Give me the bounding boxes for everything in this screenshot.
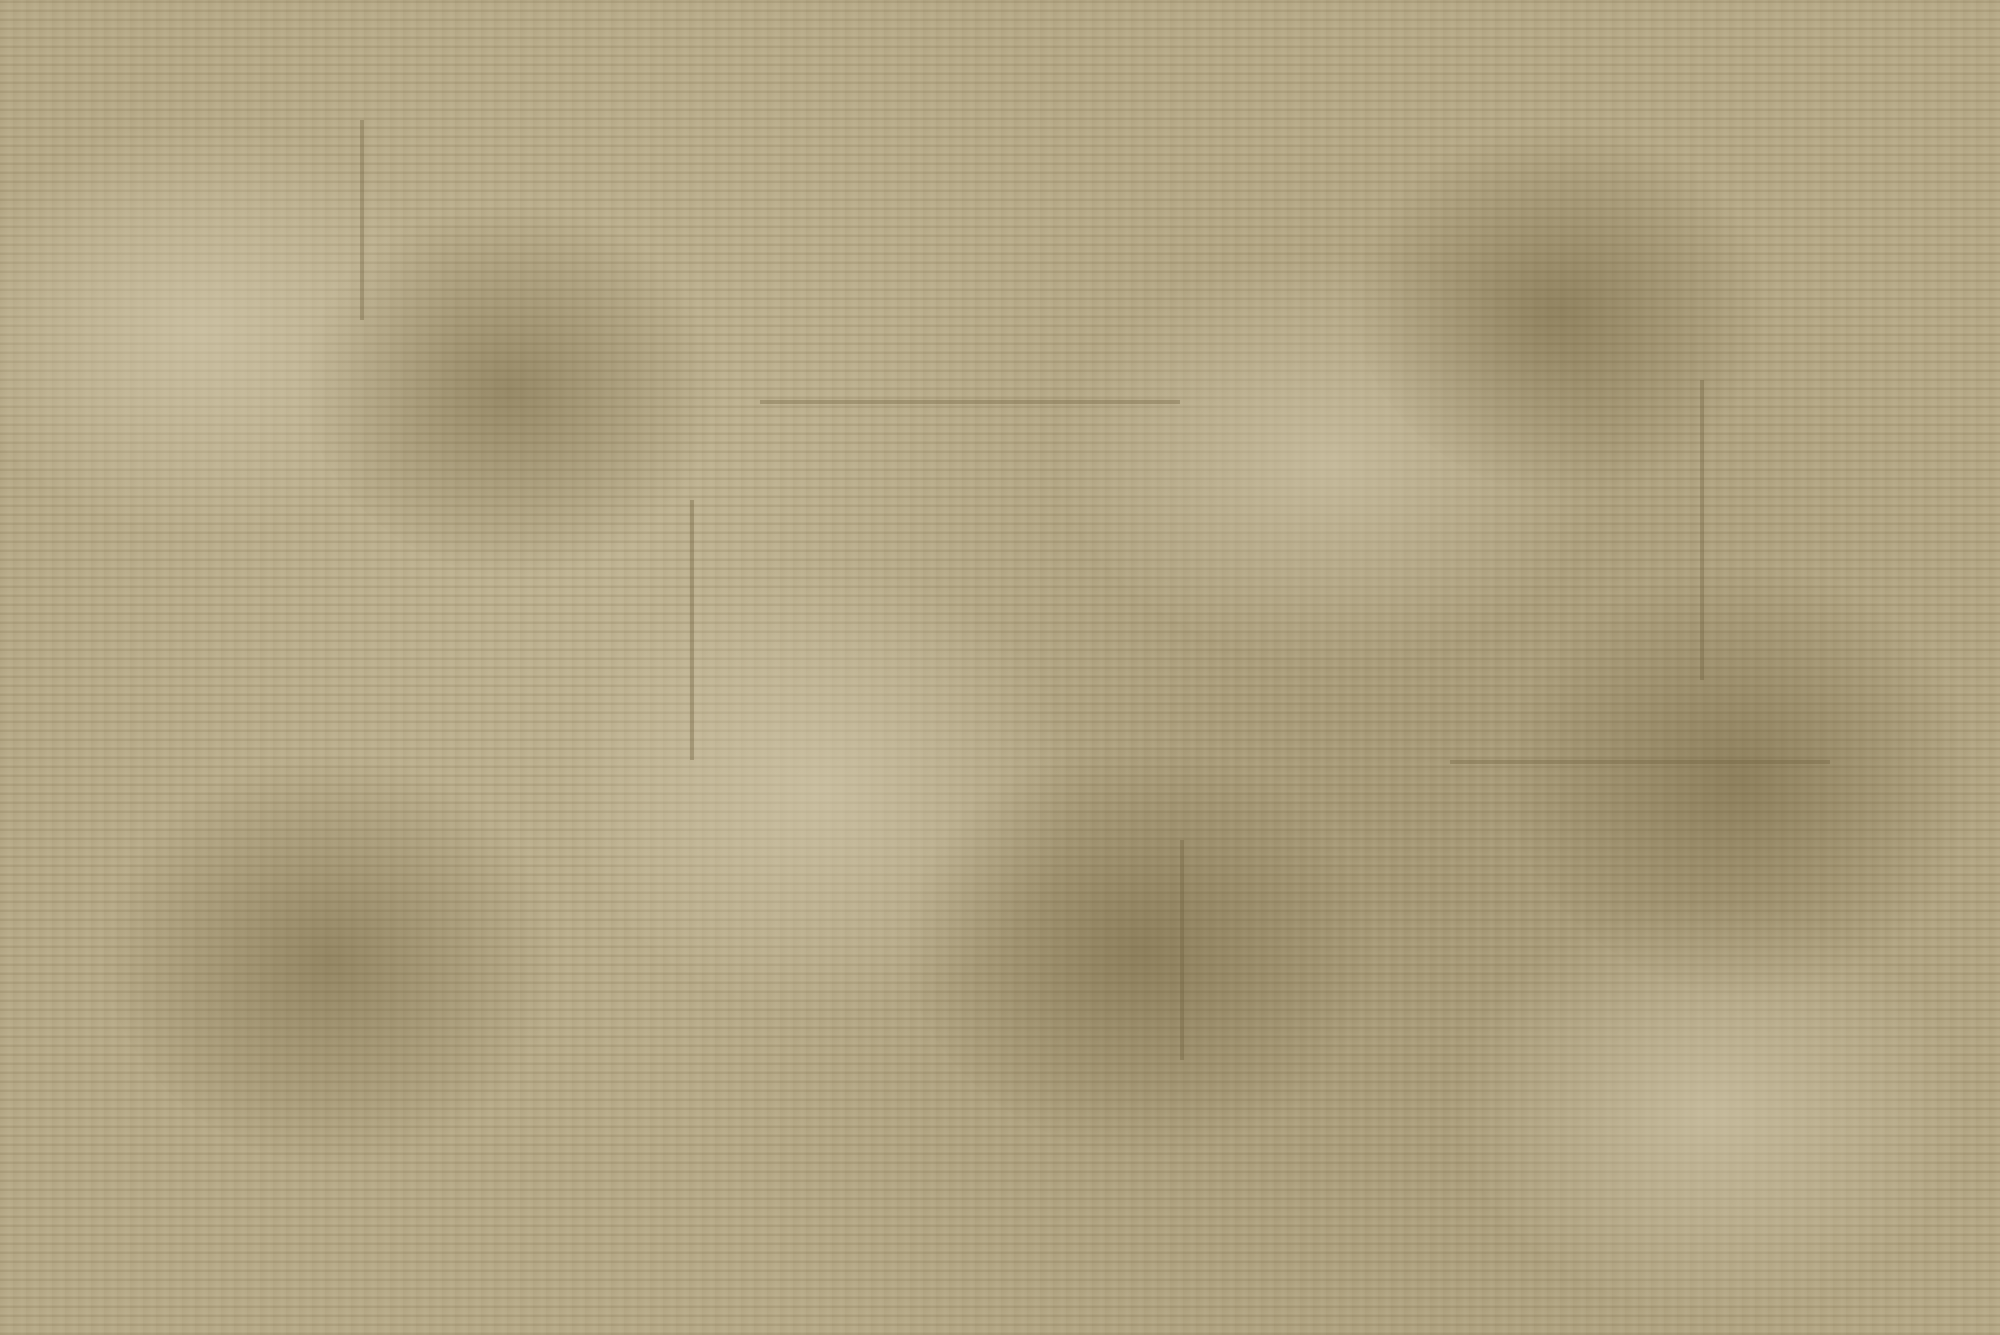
pattern-groove <box>1180 840 1184 1060</box>
pattern-groove <box>360 120 364 320</box>
dark-pile-patch <box>100 750 560 1170</box>
pattern-groove <box>760 400 1180 404</box>
carpet-texture-photo <box>0 0 2000 1335</box>
pattern-groove <box>1450 760 1830 764</box>
pattern-groove <box>690 500 694 760</box>
pattern-groove <box>1700 380 1704 680</box>
dark-pile-patch <box>900 740 1380 1160</box>
